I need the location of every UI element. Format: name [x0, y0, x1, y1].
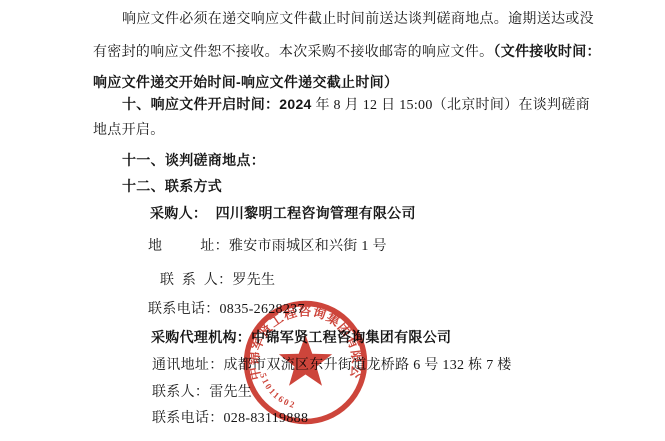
intro-line-2-regular: 有密封的响应文件恕不接收。本次采购不接收邮寄的响应文件。 — [93, 45, 493, 60]
intro-line-2-bold: （文件接收时间： — [493, 43, 600, 59]
intro-line-1: 响应文件必须在递交响应文件截止时间前送达谈判磋商地点。逾期送达或没 — [122, 11, 594, 29]
document-page: 响应文件必须在递交响应文件截止时间前送达谈判磋商地点。逾期送达或没 有密封的响应… — [0, 0, 665, 441]
intro-line-3: 响应文件递交开始时间-响应文件递交截止时间） — [93, 74, 398, 92]
purchaser-address-line: 地 址：雅安市雨城区和兴街 1 号 — [148, 238, 387, 256]
purchaser-name-line: 采购人： 四川黎明工程咨询管理有限公司 — [150, 205, 416, 223]
section10-heading-bold: 十、响应文件开启时间：2024 — [122, 96, 312, 112]
section11-heading: 十一、谈判磋商地点： — [122, 152, 265, 170]
seal-star-icon — [279, 335, 332, 386]
agency-contact-line: 联系人：雷先生 — [152, 384, 252, 402]
section12-heading: 十二、联系方式 — [122, 178, 222, 196]
section10-heading-rest: 年 8 月 12 日 15:00（北京时间）在谈判磋商 — [312, 98, 590, 113]
purchaser-contact-line: 联 系 人：罗先生 — [160, 272, 275, 290]
section10-heading: 十、响应文件开启时间：2024 年 8 月 12 日 15:00（北京时间）在谈… — [122, 96, 590, 115]
company-seal-stamp: 中锦军贤工程咨询集团有限公司 51011602 — [240, 297, 371, 428]
section10-line-2: 地点开启。 — [93, 122, 165, 140]
intro-line-2: 有密封的响应文件恕不接收。本次采购不接收邮寄的响应文件。（文件接收时间： — [93, 43, 601, 62]
